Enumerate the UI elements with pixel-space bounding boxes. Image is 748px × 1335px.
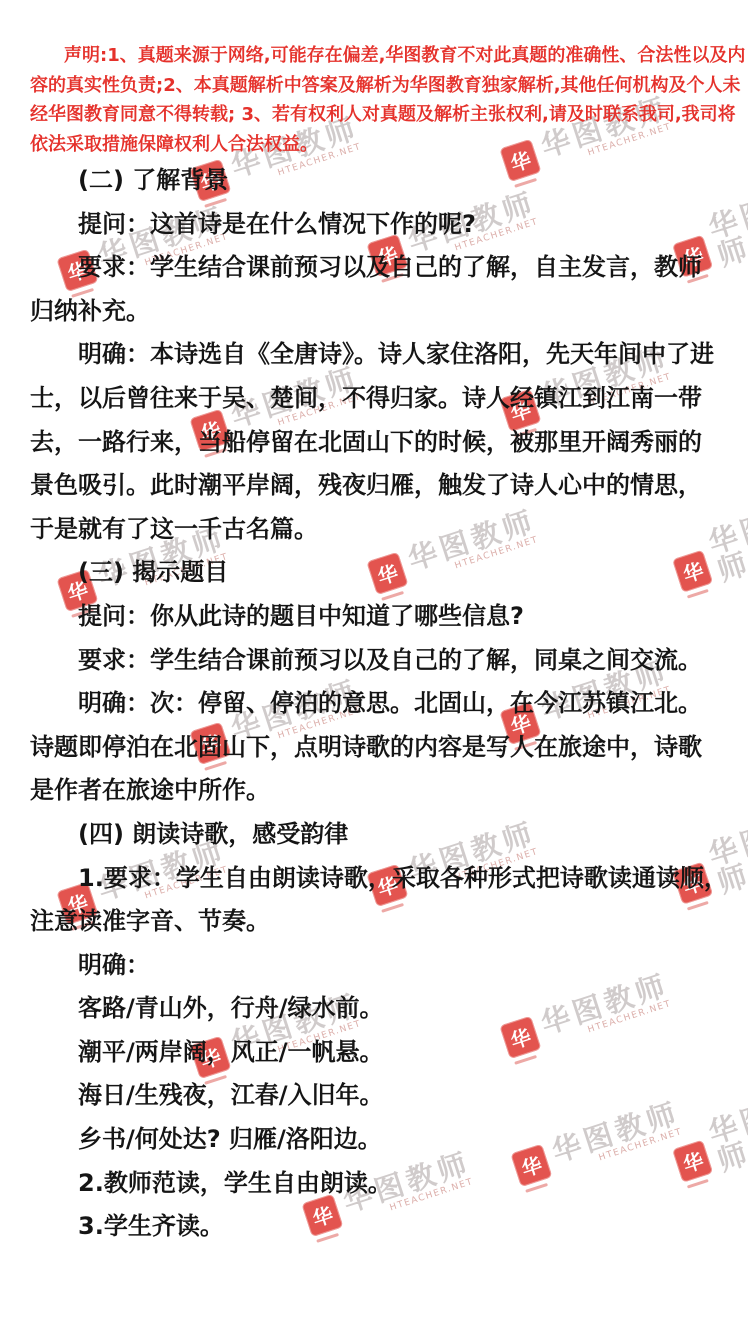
disclaimer-line: 依法采取措施保障权利人合法权益。 — [30, 130, 730, 160]
text-line: 景色吸引。此时潮平岸阔，残夜归雁，触发了诗人心中的情思， — [30, 464, 722, 508]
text-line: 是作者在旅途中所作。 — [30, 769, 722, 813]
text-line: 明确：本诗选自《全唐诗》。诗人家住洛阳，先天年间中了进 — [30, 333, 722, 377]
text-line: 于是就有了这一千古名篇。 — [30, 508, 722, 552]
disclaimer-lead: 声明: — [64, 45, 107, 66]
text-line: 提问：这首诗是在什么情况下作的呢? — [30, 203, 722, 247]
disclaimer-line: 经华图教育同意不得转载; 3、若有权利人对真题及解析主张权利,请及时联系我司,我… — [30, 100, 730, 130]
text-line: 提问：你从此诗的题目中知道了哪些信息? — [30, 595, 722, 639]
text-line: 注意读准字音、节奏。 — [30, 900, 722, 944]
text-line: 客路/青山外，行舟/绿水前。 — [30, 987, 722, 1031]
text-line: 2.教师范读，学生自由朗读。 — [30, 1162, 722, 1206]
text-line: 1.要求：学生自由朗读诗歌，采取各种形式把诗歌读通读顺， — [30, 857, 722, 901]
document-page: 华华图教师HTEACHER.NET华华图教师HTEACHER.NET华华图教师H… — [0, 0, 748, 1335]
text-line: 明确：次：停留、停泊的意思。北固山，在今江苏镇江北。 — [30, 682, 722, 726]
text-line: (三) 揭示题目 — [30, 551, 722, 595]
lesson-content: (二) 了解背景提问：这首诗是在什么情况下作的呢?要求：学生结合课前预习以及自己… — [30, 159, 722, 1249]
text-line: 海日/生残夜，江春/入旧年。 — [30, 1074, 722, 1118]
text-line: 诗题即停泊在北固山下，点明诗歌的内容是写人在旅途中，诗歌 — [30, 726, 722, 770]
text-line: 明确： — [30, 944, 722, 988]
text-line: 潮平/两岸阔，风正/一帆悬。 — [30, 1031, 722, 1075]
text-line: 要求：学生结合课前预习以及自己的了解，自主发言，教师 — [30, 246, 722, 290]
text-line: (四) 朗读诗歌，感受韵律 — [30, 813, 722, 857]
text-line: 乡书/何处达? 归雁/洛阳边。 — [30, 1118, 722, 1162]
disclaimer-line: 声明:1、真题来源于网络,可能存在偏差,华图教育不对此真题的准确性、合法性以及内 — [30, 41, 730, 71]
text-line: 3.学生齐读。 — [30, 1205, 722, 1249]
text-line: 士，以后曾往来于吴、楚间，不得归家。诗人经镇江到江南一带 — [30, 377, 722, 421]
text-line: 归纳补充。 — [30, 290, 722, 334]
disclaimer-line-text: 1、真题来源于网络,可能存在偏差,华图教育不对此真题的准确性、合法性以及内 — [107, 45, 745, 66]
text-line: 去，一路行来，当船停留在北固山下的时候，被那里开阔秀丽的 — [30, 421, 722, 465]
disclaimer-line: 容的真实性负责;2、本真题解析中答案及解析为华图教育独家解析,其他任何机构及个人… — [30, 71, 730, 101]
text-line: (二) 了解背景 — [30, 159, 722, 203]
text-line: 要求：学生结合课前预习以及自己的了解，同桌之间交流。 — [30, 639, 722, 683]
disclaimer-block: 声明:1、真题来源于网络,可能存在偏差,华图教育不对此真题的准确性、合法性以及内… — [30, 41, 730, 159]
